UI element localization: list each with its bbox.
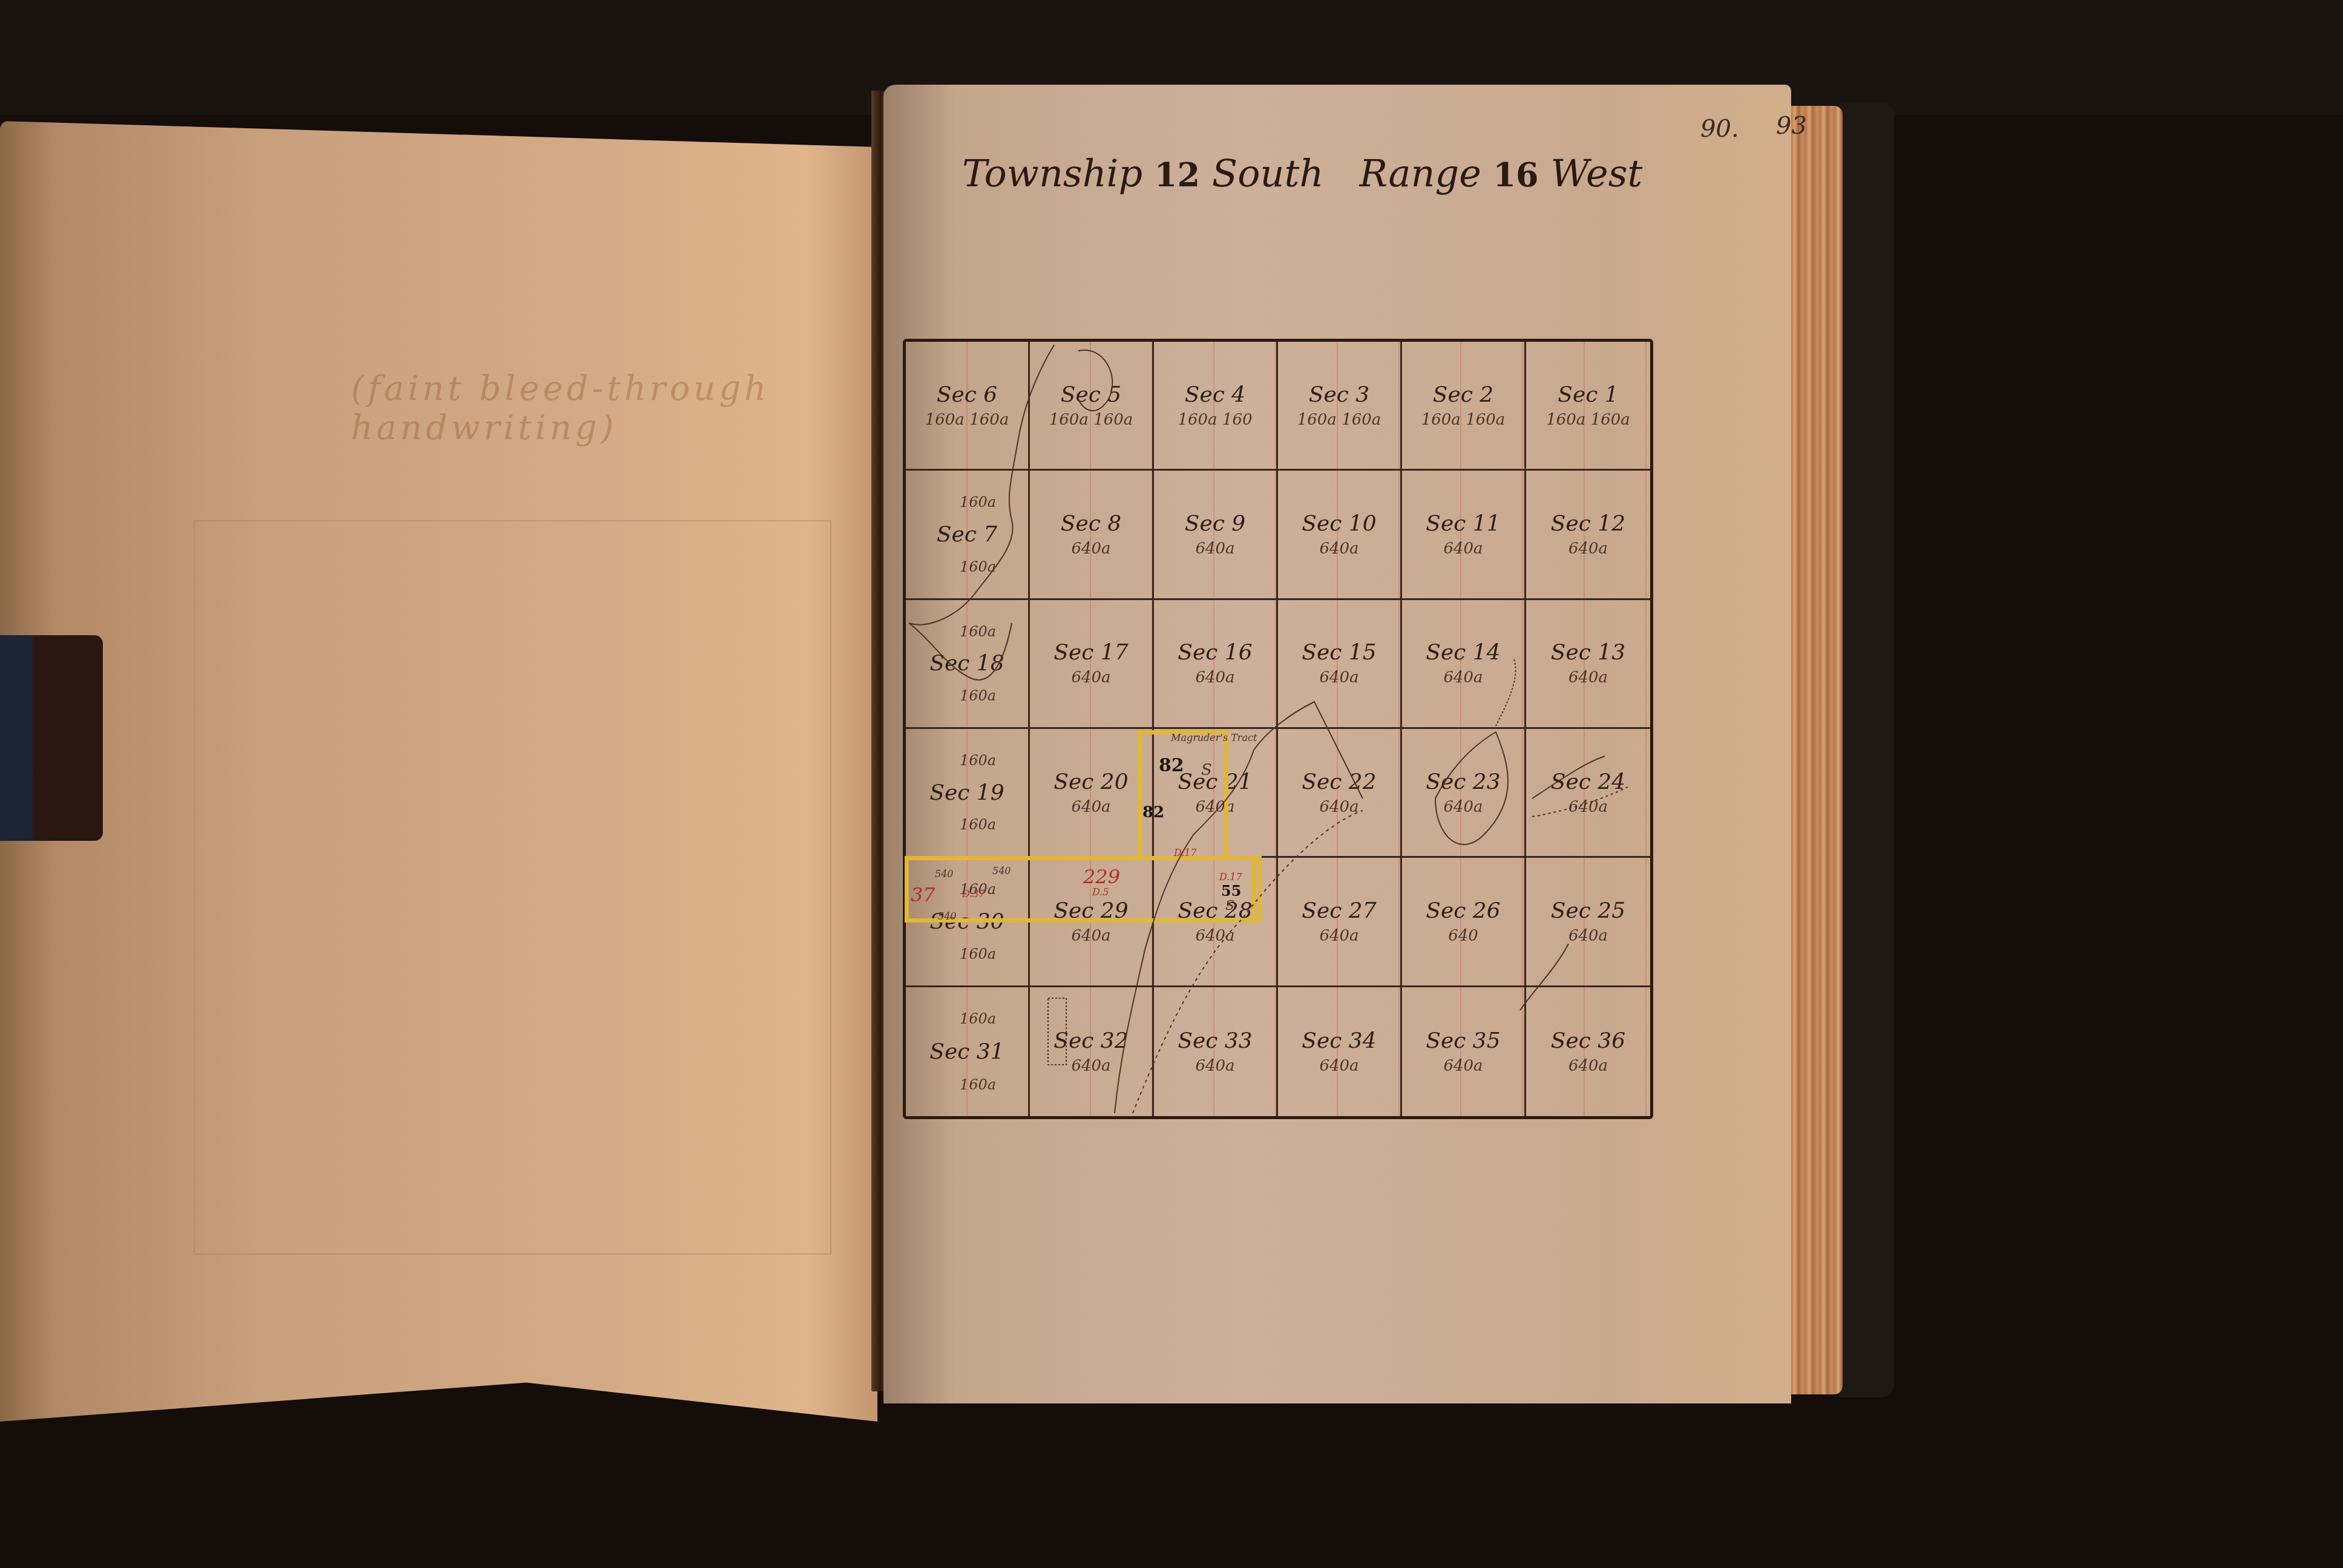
section-label: Sec 7 [937, 522, 997, 547]
section-cell: Sec 11640a [1402, 471, 1526, 599]
parcel-number-red: 229 [1083, 865, 1120, 888]
section-label: Sec 9 [1185, 511, 1245, 536]
section-cell: Sec 31160a160a [906, 987, 1030, 1116]
bleed-through-text: (faint bleed-through handwriting) [351, 369, 877, 448]
bleed-through-frame [194, 520, 831, 1255]
section-cell: Sec 21640a [1154, 729, 1278, 858]
section-acreage: 160a 160a [925, 411, 1009, 429]
parcel-number: 82 [1142, 803, 1164, 822]
book-cover [1840, 103, 1894, 1397]
page-title: Township 12 South Range 16 West [962, 151, 1643, 195]
section-cell: Sec 20640a [1030, 729, 1154, 858]
district-mark: D.5 [1092, 886, 1109, 898]
section-acreage: 640a [1195, 1057, 1234, 1075]
section-label: Sec 18 [929, 651, 1004, 676]
section-cell: Sec 1160a 160a [1526, 342, 1650, 471]
parcel-number: 55 [1221, 882, 1241, 900]
section-acreage: 640a [1568, 1057, 1608, 1075]
section-label: Sec 36 [1551, 1028, 1625, 1053]
section-label: Sec 15 [1302, 640, 1376, 665]
section-acreage: 640a [1071, 668, 1110, 687]
section-label: Sec 11 [1426, 511, 1500, 536]
section-cell: Sec 10640a [1278, 471, 1402, 599]
section-label: Sec 20 [1054, 769, 1128, 794]
section-cell: Sec 16640a [1154, 600, 1278, 729]
section-acreage-north: 160a [960, 752, 996, 769]
section-acreage-south: 160a [960, 687, 996, 704]
section-acreage: 640a [1443, 668, 1483, 687]
section-label: Sec 5 [1061, 382, 1121, 407]
township-plat-grid: Sec 6160a 160aSec 5160a 160aSec 4160a 16… [903, 339, 1653, 1119]
section-acreage: 640a [1319, 798, 1358, 816]
section-acreage: 160a 160a [1546, 411, 1630, 429]
parcel-number-red: 37 [911, 883, 936, 906]
section-label: Sec 25 [1551, 898, 1625, 923]
section-label: Sec 31 [929, 1039, 1004, 1064]
section-acreage: 640a [1071, 540, 1110, 558]
section-cell: Sec 25640a [1526, 858, 1650, 987]
parcel-number: 82 [1159, 755, 1184, 776]
section-label: Sec 3 [1309, 382, 1369, 407]
section-label: Sec 17 [1054, 640, 1128, 665]
section-acreage-south: 160a [960, 558, 996, 575]
page-number-old: 90. [1700, 115, 1739, 143]
section-acreage-north: 160a [960, 623, 996, 640]
section-cell: Sec 13640a [1526, 600, 1650, 729]
range-number: 16 [1493, 155, 1539, 194]
section-acreage-south: 160a [960, 1076, 996, 1093]
section-cell: Sec 2160a 160a [1402, 342, 1526, 471]
section-cell: Sec 26640 [1402, 858, 1526, 987]
section-label: Sec 32 [1054, 1028, 1128, 1053]
section-cell: Sec 5160a 160a [1030, 342, 1154, 471]
section-acreage: 640a [1319, 668, 1358, 687]
township-number: 12 [1155, 155, 1200, 194]
section-label: Sec 13 [1551, 640, 1625, 665]
section-label: Sec 33 [1178, 1028, 1252, 1053]
township-direction: South [1212, 151, 1324, 195]
section-label: Sec 6 [937, 382, 997, 407]
section-cell: Sec 35640a [1402, 987, 1526, 1116]
section-label: Sec 21 [1178, 769, 1252, 794]
section-label: Sec 26 [1426, 898, 1500, 923]
section-cell: Sec 27640a [1278, 858, 1402, 987]
section-cell: Sec 23640a [1402, 729, 1526, 858]
section-acreage: 640a [1195, 668, 1234, 687]
acreage-note: 540 [938, 910, 957, 922]
section-acreage: 640a [1195, 540, 1234, 558]
section-cell: Sec 7160a160a [906, 471, 1030, 599]
section-label: Sec 29 [1054, 898, 1128, 923]
section-acreage: 640a [1319, 927, 1358, 945]
section-label: Sec 27 [1302, 898, 1376, 923]
section-cell: Sec 19160a160a [906, 729, 1030, 858]
section-acreage-north: 160a [960, 1010, 996, 1027]
section-label: Sec 14 [1426, 640, 1500, 665]
section-cell: Sec 3160a 160a [1278, 342, 1402, 471]
section-acreage: 640a [1443, 798, 1483, 816]
section-cell: Sec 22640a [1278, 729, 1402, 858]
left-page: (faint bleed-through handwriting) [0, 121, 877, 1422]
section-label: Sec 28 [1178, 898, 1252, 923]
section-label: Sec 34 [1302, 1028, 1376, 1053]
section-acreage: 640a [1195, 798, 1234, 816]
section-cell: Sec 8640a [1030, 471, 1154, 599]
section-cell: Sec 17640a [1030, 600, 1154, 729]
section-label: Sec 8 [1061, 511, 1121, 536]
acreage-note: 540 [935, 868, 954, 880]
section-acreage: 640a [1195, 927, 1234, 945]
title-prefix: Township [962, 151, 1142, 195]
tract-label: Magruder's Tract [1171, 732, 1257, 743]
range-direction: West [1550, 151, 1642, 195]
acreage-note: 540 [992, 865, 1011, 877]
section-cell: Sec 6160a 160a [906, 342, 1030, 471]
section-acreage: 640a [1071, 1057, 1110, 1075]
section-cell: Sec 14640a [1402, 600, 1526, 729]
section-acreage: 640 [1448, 927, 1478, 945]
section-label: Sec 35 [1426, 1028, 1500, 1053]
section-acreage: 160a 160a [1421, 411, 1506, 429]
section-acreage: 640a [1071, 798, 1110, 816]
section-cell: Sec 30160a160a [906, 858, 1030, 987]
section-acreage: 640a [1568, 927, 1608, 945]
section-label: Sec 23 [1426, 769, 1500, 794]
range-word: Range [1359, 151, 1481, 195]
section-cell: Sec 15640a [1278, 600, 1402, 729]
section-cell: Sec 24640a [1526, 729, 1650, 858]
section-label: Sec 12 [1551, 511, 1625, 536]
section-cell: Sec 18160a160a [906, 600, 1030, 729]
section-cell: Sec 28640a [1154, 858, 1278, 987]
section-acreage: 640a [1568, 540, 1608, 558]
section-label: Sec 10 [1302, 511, 1376, 536]
section-label: Sec 2 [1433, 382, 1493, 407]
section-acreage: 640a [1443, 540, 1483, 558]
section-label: Sec 19 [929, 780, 1004, 805]
section-cell: Sec 36640a [1526, 987, 1650, 1116]
section-acreage: 160a 160a [1297, 411, 1381, 429]
book-weight [0, 635, 103, 841]
section-acreage: 160a 160 [1178, 411, 1252, 429]
section-cell: Sec 9640a [1154, 471, 1278, 599]
parcel-mark: S [1225, 898, 1234, 913]
section-acreage-north: 160a [960, 494, 996, 511]
section-acreage-south: 160a [960, 816, 996, 833]
section-cell: Sec 32640a [1030, 987, 1154, 1116]
section-acreage: 640a [1568, 668, 1608, 687]
section-acreage: 160a 160a [1049, 411, 1133, 429]
district-mark: D.17 [1174, 847, 1197, 858]
section-cell: Sec 12640a [1526, 471, 1650, 599]
section-label: Sec 22 [1302, 769, 1376, 794]
page-number: 93 [1776, 112, 1807, 140]
section-cell: Sec 34640a [1278, 987, 1402, 1116]
section-acreage: 640a [1443, 1057, 1483, 1075]
section-acreage-south: 160a [960, 946, 996, 962]
section-label: Sec 24 [1551, 769, 1625, 794]
section-acreage: 640a [1071, 927, 1110, 945]
section-label: Sec 1 [1558, 382, 1618, 407]
section-acreage: 640a [1319, 1057, 1358, 1075]
section-label: Sec 4 [1185, 382, 1245, 407]
section-label: Sec 16 [1178, 640, 1252, 665]
district-mark: D.37 [962, 888, 985, 900]
section-cell: Sec 33640a [1154, 987, 1278, 1116]
district-mark: D.17 [1219, 871, 1242, 883]
section-acreage: 640a [1568, 798, 1608, 816]
parcel-mark: S [1201, 761, 1212, 779]
section-acreage: 640a [1319, 540, 1358, 558]
section-cell: Sec 4160a 160 [1154, 342, 1278, 471]
